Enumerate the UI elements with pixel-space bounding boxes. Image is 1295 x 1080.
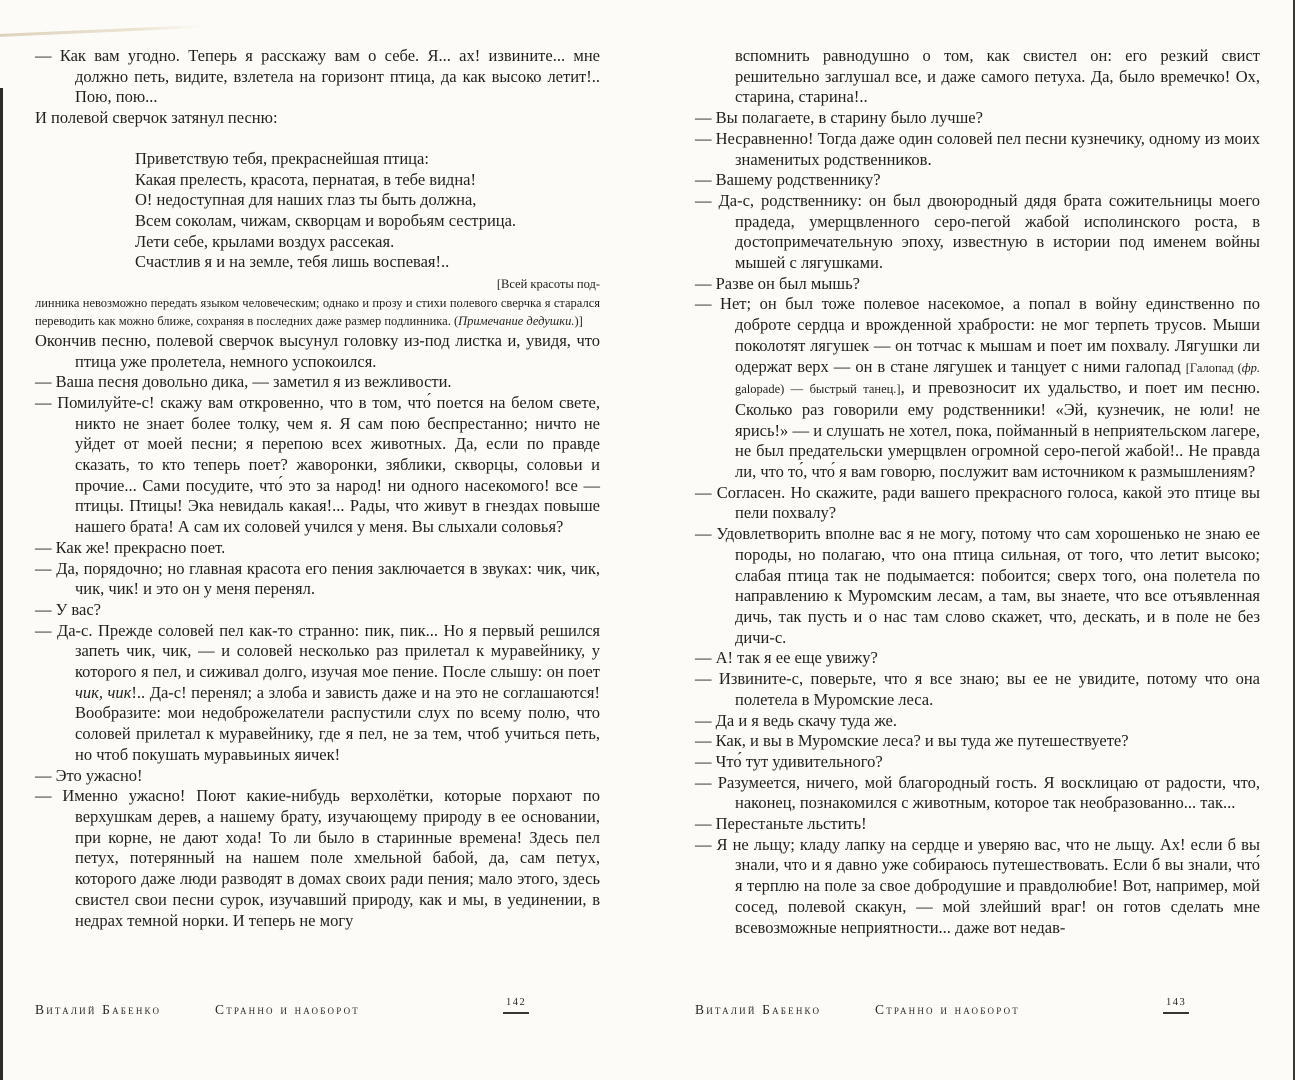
dialogue-line: — Вашему родственнику?	[695, 170, 1260, 191]
verse-line: Всем соколам, чижам, скворцам и воробьям…	[135, 211, 600, 232]
footer-author: Виталий Бабенко	[35, 1002, 161, 1018]
text-run: )]	[574, 314, 582, 328]
dialogue-line: — Как, и вы в Муромские леса? и вы туда …	[695, 731, 1260, 752]
text-run-styled: galopade) — быстрый танец.]	[735, 382, 901, 396]
page-number: 143	[1163, 997, 1189, 1014]
dialogue-line: — Да, порядочно; но главная красота его …	[35, 559, 600, 600]
page-left-footer: Виталий Бабенко Странно и наоборот 142	[35, 990, 600, 1018]
dialogue-line: — Как же! прекрасно поет.	[35, 538, 600, 559]
dialogue-line: — Да и я ведь скачу туда же.	[695, 711, 1260, 732]
page-right-text: вспомнить равнодушно о том, как свистел …	[695, 46, 1260, 938]
page-number: 142	[503, 997, 529, 1014]
book-spread: — Как вам угодно. Теперь я расскажу вам …	[0, 0, 1295, 1034]
scan-left-edge	[0, 88, 3, 1080]
text-run-styled: фр.	[1242, 361, 1260, 375]
dialogue-line: — Перестаньте льстить!	[695, 814, 1260, 835]
dialogue-line: — Что́ тут удивительного?	[695, 752, 1260, 773]
dialogue-line: — Вы полагаете, в старину было лучше?	[695, 108, 1260, 129]
dialogue-line: — А! так я ее еще увижу?	[695, 648, 1260, 669]
dialogue-line: — Ваша песня довольно дика, — заметил я …	[35, 372, 600, 393]
dialogue-line: — Удовлетворить вполне вас я не могу, по…	[695, 524, 1260, 648]
dialogue-line: — Разумеется, ничего, мой благородный го…	[695, 773, 1260, 814]
text-run-styled: чик, чик	[75, 683, 131, 702]
verse-line: Какая прелесть, красота, пернатая, в теб…	[135, 170, 600, 191]
translator-note: линника невозможно передать языком челов…	[35, 294, 600, 331]
dialogue-line: — Как вам угодно. Теперь я расскажу вам …	[35, 46, 600, 108]
continuation-paragraph: вспомнить равнодушно о том, как свистел …	[695, 46, 1260, 108]
text-run: — Да-с. Прежде соловей пел как-то странн…	[35, 621, 600, 681]
dialogue-line: — Я не льщу; кладу лапку на сердце и уве…	[695, 835, 1260, 939]
page-right-footer: Виталий Бабенко Странно и наоборот 143	[695, 990, 1260, 1018]
page-left: — Как вам угодно. Теперь я расскажу вам …	[35, 46, 600, 1034]
text-run: !.. Да-с! перенял; а злоба и зависть даж…	[75, 683, 600, 764]
dialogue-line: — Разве он был мышь?	[695, 274, 1260, 295]
footer-author: Виталий Бабенко	[695, 1002, 821, 1018]
dialogue-line: — Несравненно! Тогда даже один соловей п…	[695, 129, 1260, 170]
verse-block: Приветствую тебя, прекраснейшая птица:Ка…	[135, 149, 600, 273]
verse-line: Приветствую тебя, прекраснейшая птица:	[135, 149, 600, 170]
dialogue-line: — Согласен. Но скажите, ради вашего прек…	[695, 483, 1260, 524]
verse-line: Лети себе, крылами воздух рассекая.	[135, 232, 600, 253]
footer-book-title: Странно и наоборот	[875, 1002, 1020, 1018]
narration: И полевой сверчок затянул песню:	[35, 108, 600, 129]
verse-line: О! недоступная для наших глаз ты быть до…	[135, 190, 600, 211]
dialogue-line: — Да-с, родственнику: он был двоюродный …	[695, 191, 1260, 274]
text-run: — Нет; он был тоже полевое насекомое, а …	[695, 294, 1260, 375]
dialogue-line: — Да-с. Прежде соловей пел как-то странн…	[35, 621, 600, 766]
footer-book-title: Странно и наоборот	[215, 1002, 360, 1018]
dialogue-line: — Извините-с, поверьте, что я все знаю; …	[695, 669, 1260, 710]
dialogue-line: — Это ужасно!	[35, 766, 600, 787]
dialogue-line: — У вас?	[35, 600, 600, 621]
page-right: вспомнить равнодушно о том, как свистел …	[695, 46, 1260, 1034]
dialogue-line: — Нет; он был тоже полевое насекомое, а …	[695, 294, 1260, 482]
dialogue-line: — Помилуйте-с! скажу вам откровенно, что…	[35, 393, 600, 538]
page-left-text: — Как вам угодно. Теперь я расскажу вам …	[35, 46, 600, 931]
two-page-spread: — Как вам угодно. Теперь я расскажу вам …	[0, 0, 1295, 1034]
verse-line: Счастлив я и на земле, тебя лишь воспева…	[135, 252, 600, 273]
footnote-intro: [Всей красоты под-	[35, 275, 600, 294]
text-run-styled: Примечание дедушки.	[458, 314, 574, 328]
text-run-styled: [Галопад (	[1186, 361, 1242, 375]
narration: Окончив песню, полевой сверчок высунул г…	[35, 331, 600, 372]
dialogue-line: — Именно ужасно! Поют какие-нибудь верхо…	[35, 786, 600, 931]
